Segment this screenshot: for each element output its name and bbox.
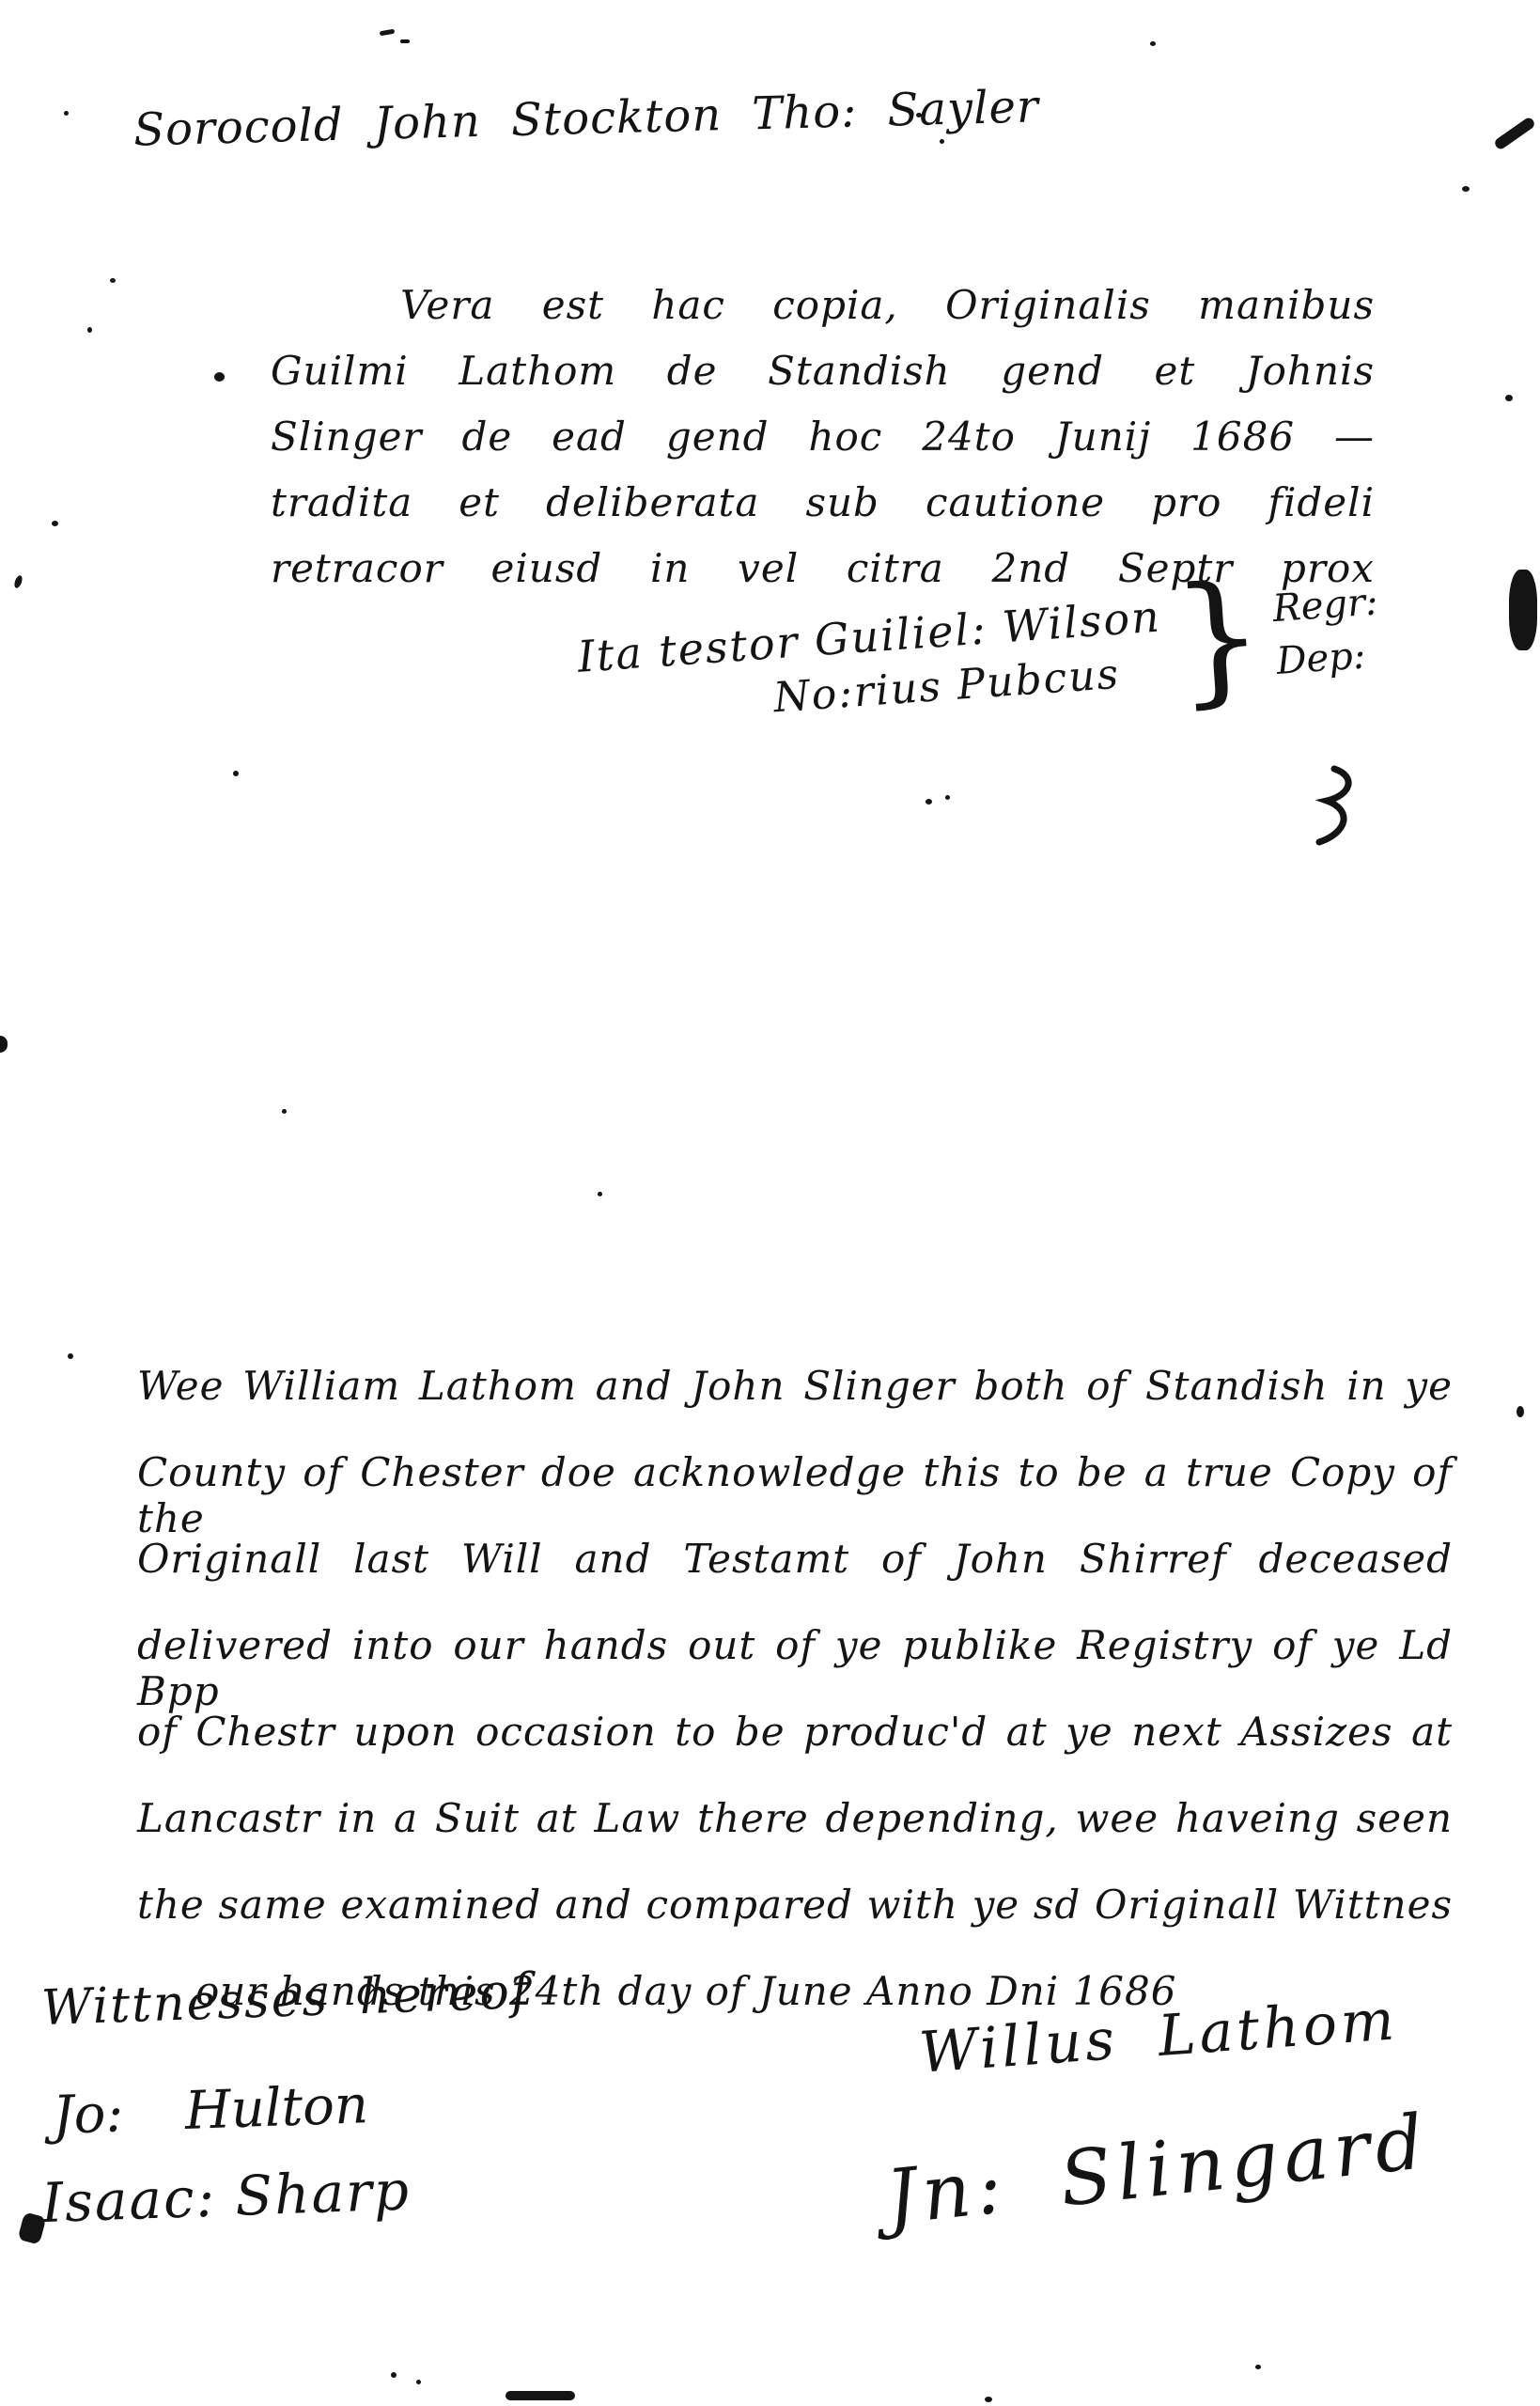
ink-speck: [233, 771, 239, 776]
ink-speck: [282, 1109, 287, 1114]
ink-speck: [926, 799, 932, 805]
ink-speck: [598, 1192, 602, 1196]
attestation-registrar: Regr:: [1271, 580, 1379, 631]
brace-mark: }: [1170, 572, 1268, 705]
ink-speck: [945, 795, 950, 800]
ink-speck: [940, 139, 944, 144]
latin-line: Vera est hac copia, Originalis manibus: [271, 282, 1375, 348]
body-line: of Chestr upon occasion to be produc'd a…: [137, 1709, 1453, 1795]
latin-line: Slinger de ead gend hoc 24to Junij 1686 …: [271, 414, 1375, 479]
latin-line: tradita et deliberata sub cautione pro f…: [271, 479, 1375, 545]
ink-speck: [1462, 186, 1470, 192]
ink-speck: [380, 29, 396, 37]
ink-speck: [13, 574, 23, 589]
ink-speck: [916, 113, 922, 117]
ink-blot: [506, 2391, 575, 2400]
body-line: the same examined and compared with ye s…: [137, 1882, 1453, 1968]
ink-speck: [87, 327, 92, 333]
witness-name: Isaac: Sharp: [40, 2154, 532, 2235]
witnesses-block: Wittnesses hereof Jo: Hulton Isaac: Shar…: [41, 1972, 531, 2226]
body-line: delivered into our hands out of ye publi…: [137, 1622, 1453, 1709]
attestation-offices: Regr: Dep:: [1271, 580, 1383, 683]
body-line: County of Chester doe acknowledge this t…: [137, 1449, 1453, 1536]
body-line: Wee William Lathom and John Slinger both…: [137, 1363, 1453, 1449]
ink-speck: [68, 1353, 73, 1359]
ink-blot: [18, 2211, 47, 2244]
ink-speck: [985, 2397, 992, 2402]
latin-line: Guilmi Lathom de Standish gend et Johnis: [271, 348, 1375, 414]
english-attestation: Wee William Lathom and John Slinger both…: [137, 1363, 1453, 2054]
attestation-deputy: Dep:: [1275, 633, 1383, 683]
body-line: Lancastr in a Suit at Law there dependin…: [137, 1795, 1453, 1882]
ink-speck: [1255, 2365, 1261, 2369]
ink-speck: [1517, 1406, 1524, 1417]
ink-blot: [1493, 116, 1536, 150]
ink-speck: [52, 521, 58, 526]
ink-speck: [391, 2372, 397, 2378]
ink-speck: [416, 2380, 421, 2384]
ink-speck: [400, 39, 410, 43]
attestation-text: Ita testor Guiliel: Wilson No:rius Pubcu…: [576, 591, 1166, 736]
pen-flourish: [1299, 763, 1357, 850]
ink-speck: [1150, 41, 1156, 46]
ink-speck: [110, 278, 116, 283]
body-line: Originall last Will and Testamt of John …: [137, 1536, 1453, 1622]
manuscript-page: Sorocold John Stockton Tho: Sayler Vera …: [0, 0, 1540, 2406]
ink-blot: [214, 372, 225, 382]
witnesses-heading: Wittnesses hereof: [40, 1963, 532, 2037]
witness-name: Jo: Hulton: [52, 2069, 532, 2147]
ink-speck: [64, 111, 69, 116]
ink-blot: [1509, 570, 1537, 650]
signature-slingard: Jn: Slingard: [882, 2098, 1433, 2242]
docket-names: Sorocold John Stockton Tho: Sayler: [132, 80, 1039, 156]
ink-speck: [0, 1036, 8, 1053]
ink-speck: [1505, 395, 1513, 401]
